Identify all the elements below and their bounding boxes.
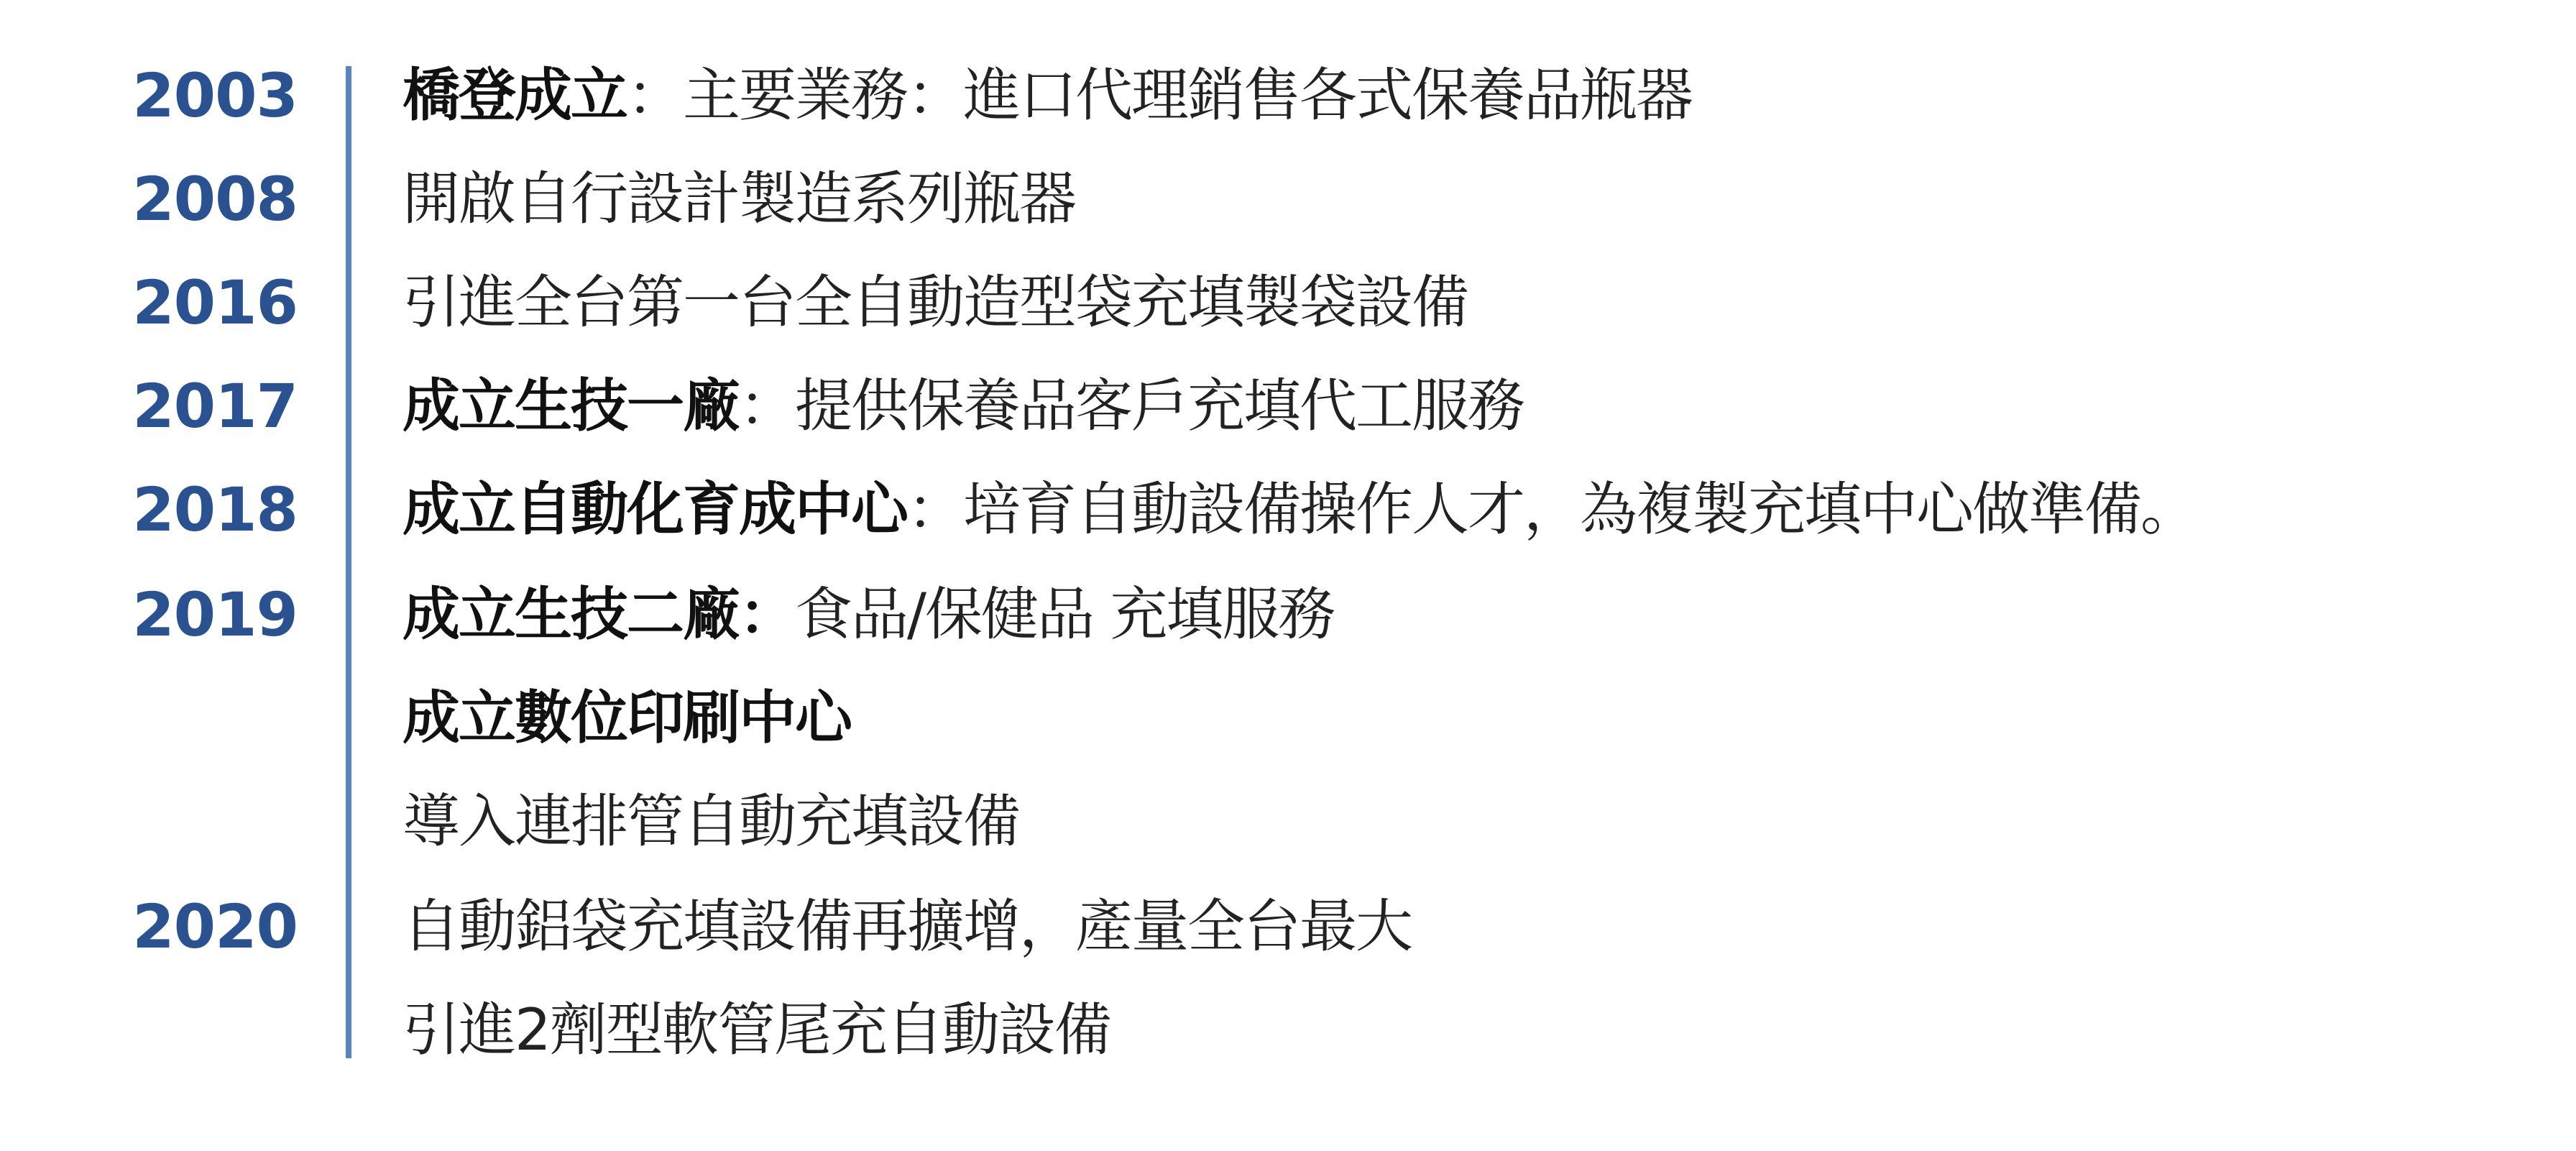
timeline-entry: 開啟自行設計製造系列瓶器	[402, 147, 1075, 251]
entry-text: ：主要業務：進口代理銷售各式保養品瓶器	[627, 62, 1692, 129]
timeline-entry: 引進2劑型軟管尾充自動設備	[402, 978, 1110, 1082]
timeline-row: 2019 成立生技二廠：食品/保健品 充填服務	[0, 563, 2576, 666]
timeline-row: 引進2劑型軟管尾充自動設備	[0, 978, 2576, 1082]
timeline-year: 2017	[82, 354, 298, 458]
timeline-row: 2003 橋登成立：主要業務：進口代理銷售各式保養品瓶器	[0, 44, 2576, 147]
timeline-year: 2008	[82, 147, 298, 251]
entry-text: ：提供保養品客戶充填代工服務	[739, 372, 1524, 439]
timeline-entry: 成立數位印刷中心	[402, 666, 851, 770]
timeline-entry: 成立生技二廠：食品/保健品 充填服務	[402, 563, 1334, 666]
entry-highlight: 成立生技一廠	[402, 372, 739, 439]
timeline-year: 2020	[82, 875, 298, 978]
entry-highlight: 成立數位印刷中心	[402, 684, 851, 751]
timeline-entry: 自動鋁袋充填設備再擴增，產量全台最大	[402, 875, 1412, 978]
entry-text: ：培育自動設備操作人才，為複製充填中心做準備。	[907, 476, 2196, 543]
timeline-entry: 橋登成立：主要業務：進口代理銷售各式保養品瓶器	[402, 44, 1692, 147]
entry-text: 食品/保健品 充填服務	[795, 581, 1334, 648]
timeline-row: 2020 自動鋁袋充填設備再擴增，產量全台最大	[0, 875, 2576, 978]
timeline-row: 成立數位印刷中心	[0, 666, 2576, 770]
timeline-row: 2016 引進全台第一台全自動造型袋充填製袋設備	[0, 251, 2576, 354]
entry-text: 引進全台第一台全自動造型袋充填製袋設備	[402, 269, 1468, 336]
timeline-row: 2017 成立生技一廠：提供保養品客戶充填代工服務	[0, 354, 2576, 458]
timeline-entry: 成立自動化育成中心：培育自動設備操作人才，為複製充填中心做準備。	[402, 458, 2196, 561]
timeline-year: 2016	[82, 251, 298, 354]
entry-text: 導入連排管自動充填設備	[402, 788, 1019, 855]
entry-text: 自動鋁袋充填設備再擴增，產量全台最大	[402, 893, 1412, 960]
timeline-year: 2003	[82, 44, 298, 147]
timeline-entry: 導入連排管自動充填設備	[402, 770, 1019, 873]
entry-highlight: 成立生技二廠：	[402, 581, 795, 648]
company-history-timeline: 2003 橋登成立：主要業務：進口代理銷售各式保養品瓶器 2008 開啟自行設計…	[0, 0, 2576, 1151]
timeline-row: 2018 成立自動化育成中心：培育自動設備操作人才，為複製充填中心做準備。	[0, 458, 2576, 561]
timeline-entry: 引進全台第一台全自動造型袋充填製袋設備	[402, 251, 1468, 354]
entry-highlight: 成立自動化育成中心	[402, 476, 907, 543]
entry-highlight: 橋登成立	[402, 62, 627, 129]
timeline-row: 導入連排管自動充填設備	[0, 770, 2576, 873]
entry-text: 引進2劑型軟管尾充自動設備	[402, 996, 1110, 1063]
timeline-year: 2019	[82, 563, 298, 666]
timeline-entry: 成立生技一廠：提供保養品客戶充填代工服務	[402, 354, 1524, 458]
timeline-row: 2008 開啟自行設計製造系列瓶器	[0, 147, 2576, 251]
entry-text: 開啟自行設計製造系列瓶器	[402, 165, 1075, 232]
timeline-year: 2018	[82, 458, 298, 561]
